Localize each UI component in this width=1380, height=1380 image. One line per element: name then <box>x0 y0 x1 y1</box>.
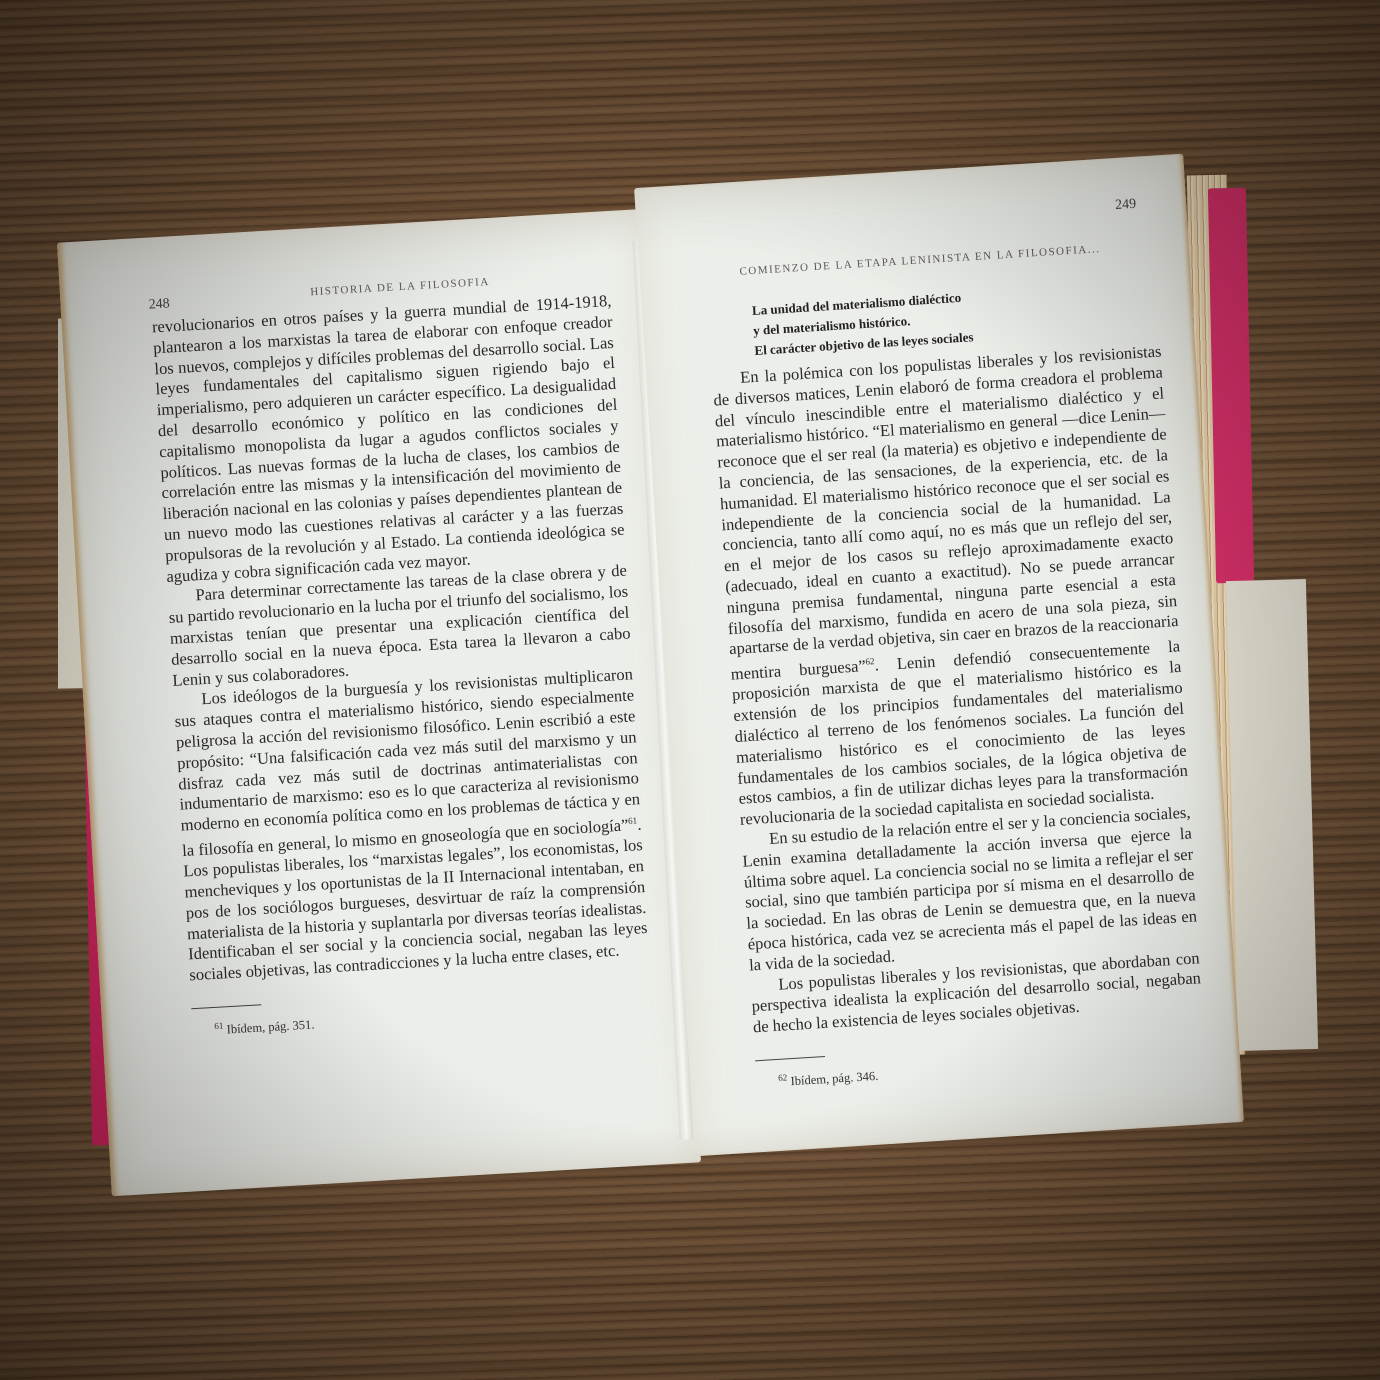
footnote-rule <box>191 1004 261 1009</box>
footnote: 62 Ibídem, pág. 346. <box>756 1041 1207 1094</box>
footnote-rule <box>755 1056 825 1061</box>
paragraph: revolucionarios en otros países y la gue… <box>151 291 626 587</box>
running-head: COMIENZO DE LA ETAPA LENINISTA EN LA FIL… <box>739 243 1101 278</box>
page-number: 249 <box>1115 197 1137 214</box>
running-head: HISTORIA DE LA FILOSOFIA <box>310 276 490 298</box>
paragraph: En su estudio de la relación entre el se… <box>741 803 1199 977</box>
body-text: revolucionarios en otros países y la gue… <box>151 291 652 1042</box>
paragraph: Los ideólogos de la burguesía y los revi… <box>173 665 649 987</box>
body-text: La unidad del materialismo dialéctico y … <box>707 276 1206 1095</box>
page-number: 248 <box>148 296 170 313</box>
left-page: 248 HISTORIA DE LA FILOSOFIA revoluciona… <box>57 209 701 1196</box>
back-cover-right-cream <box>1226 579 1318 1051</box>
footnote: 61 Ibídem, pág. 351. <box>192 991 653 1042</box>
paragraph: En la polémica con los populistas libera… <box>712 341 1190 830</box>
back-cover-right-pink <box>1208 188 1254 584</box>
open-book: 248 HISTORIA DE LA FILOSOFIA revoluciona… <box>0 0 1380 1380</box>
right-page: 249 COMIENZO DE LA ETAPA LENINISTA EN LA… <box>634 154 1244 1157</box>
